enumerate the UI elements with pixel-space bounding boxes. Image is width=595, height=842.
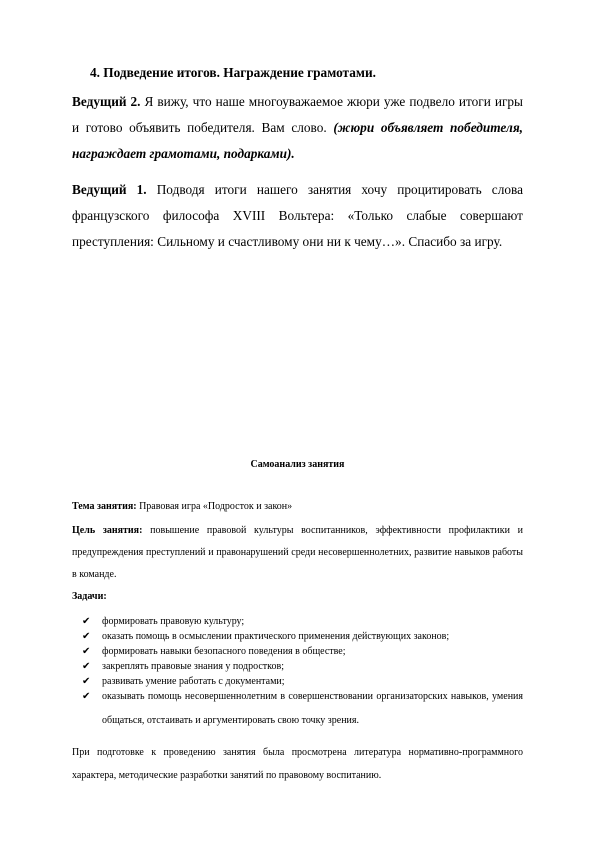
checkmark-icon: ✔ xyxy=(82,689,90,704)
list-item: ✔формировать навыки безопасного поведени… xyxy=(72,644,523,659)
lesson-topic: Тема занятия: Правовая игра «Подросток и… xyxy=(72,500,523,514)
list-item: ✔оказывать помощь несовершеннолетним в с… xyxy=(72,685,523,733)
preparation-paragraph: При подготовке к проведению занятия была… xyxy=(72,741,523,787)
topic-value: Правовая игра «Подросток и закон» xyxy=(137,501,293,512)
section-heading: 4. Подведение итогов. Награждение грамот… xyxy=(90,64,541,82)
tasks-list: ✔формировать правовую культуру; ✔оказать… xyxy=(72,614,523,733)
lesson-goal: Цель занятия: повышение правовой культур… xyxy=(72,520,523,586)
list-item: ✔оказать помощь в осмыслении практическо… xyxy=(72,629,523,644)
list-item: ✔закреплять правовые знания у подростков… xyxy=(72,659,523,674)
tasks-label: Задачи: xyxy=(72,590,523,604)
host2-paragraph: Ведущий 2. Я вижу, что наше многоуважаем… xyxy=(72,89,523,167)
task-text: закреплять правовые знания у подростков; xyxy=(102,661,284,672)
task-text: оказывать помощь несовершеннолетним в со… xyxy=(102,691,523,726)
topic-label: Тема занятия: xyxy=(72,501,137,512)
goal-label: Цель занятия: xyxy=(72,525,142,536)
self-analysis-title: Самоанализ занятия xyxy=(0,459,595,470)
host1-label: Ведущий 1. xyxy=(72,182,147,197)
checkmark-icon: ✔ xyxy=(82,614,90,629)
host2-label: Ведущий 2. xyxy=(72,94,141,109)
checkmark-icon: ✔ xyxy=(82,629,90,644)
task-text: формировать навыки безопасного поведения… xyxy=(102,646,346,657)
document-page: 4. Подведение итогов. Награждение грамот… xyxy=(0,0,595,842)
list-item: ✔формировать правовую культуру; xyxy=(72,614,523,629)
task-text: оказать помощь в осмыслении практическог… xyxy=(102,631,449,642)
checkmark-icon: ✔ xyxy=(82,644,90,659)
task-text: формировать правовую культуру; xyxy=(102,616,244,627)
checkmark-icon: ✔ xyxy=(82,659,90,674)
host1-paragraph: Ведущий 1. Подводя итоги нашего занятия … xyxy=(72,177,523,255)
